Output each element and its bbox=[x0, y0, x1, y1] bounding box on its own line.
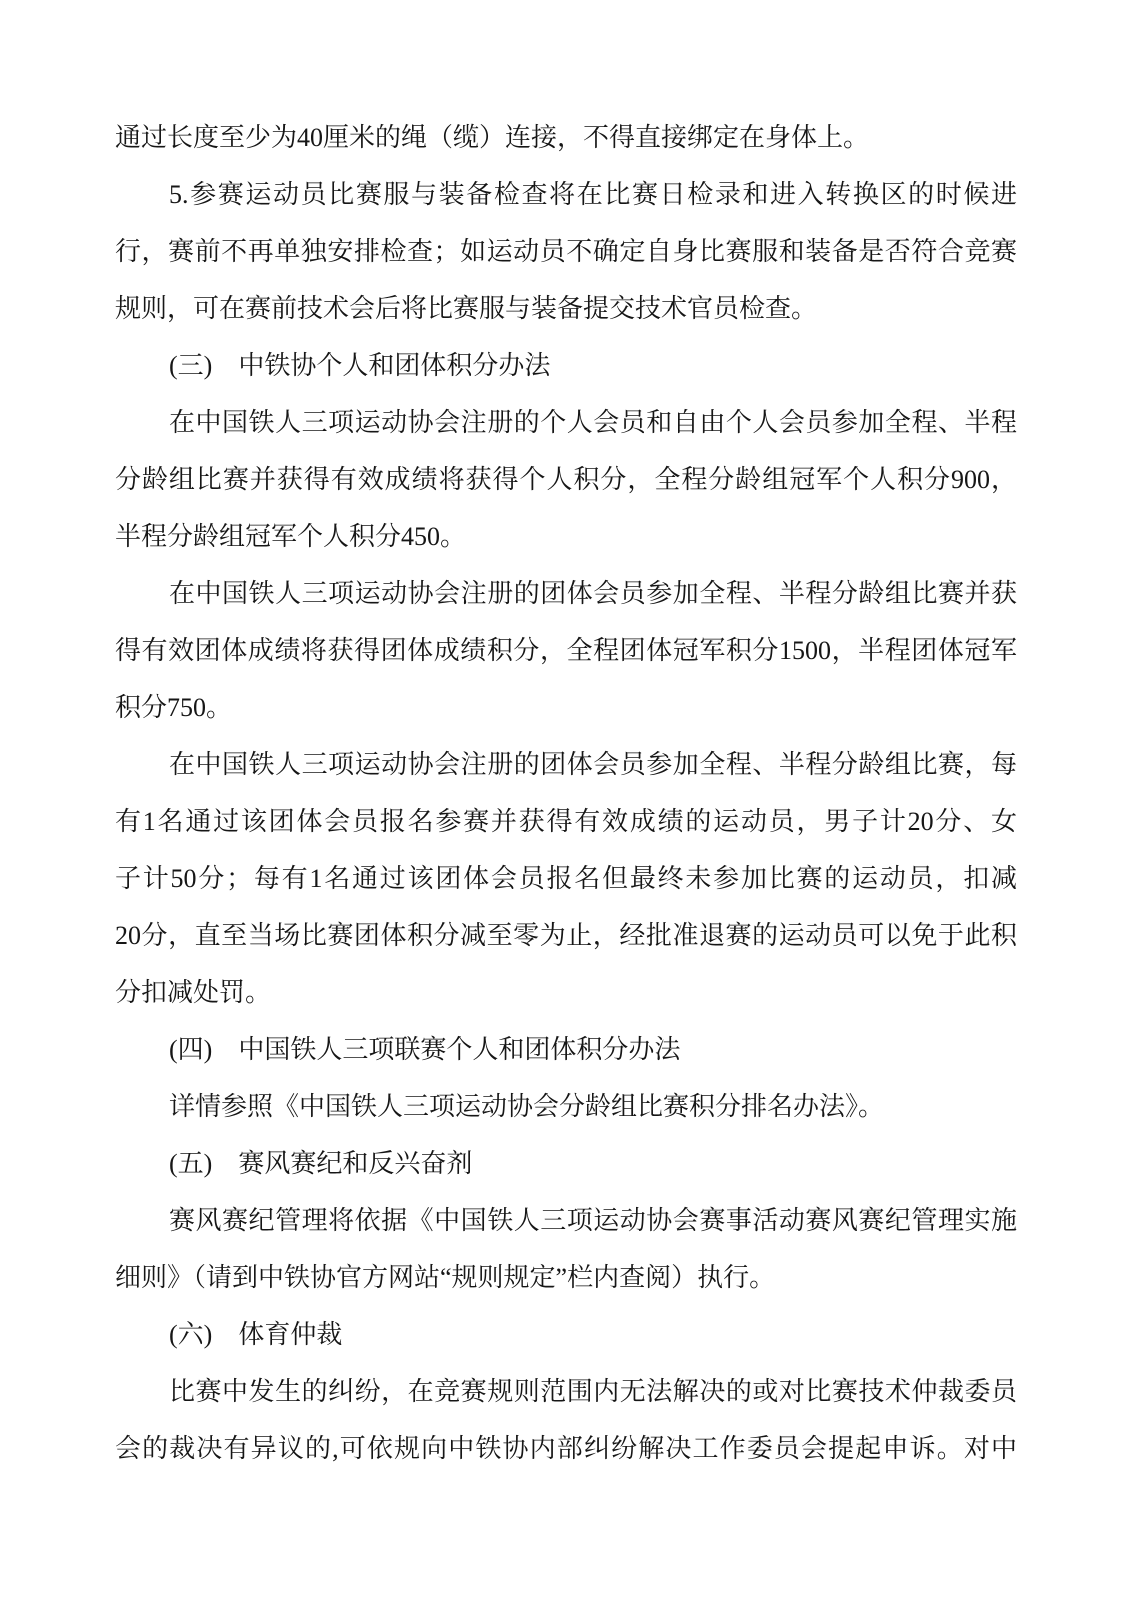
section-heading: (四) 中国铁人三项联赛个人和团体积分办法 bbox=[115, 1021, 1017, 1078]
text-line: 20分，直至当场比赛团体积分减至零为止，经批准退赛的运动员可以免于此积 bbox=[115, 907, 1017, 964]
text-line: 分龄组比赛并获得有效成绩将获得个人积分，全程分龄组冠军个人积分900， bbox=[115, 451, 1017, 508]
text-line: 在中国铁人三项运动协会注册的团体会员参加全程、半程分龄组比赛，每 bbox=[115, 736, 1017, 793]
text-line: 半程分龄组冠军个人积分450。 bbox=[115, 508, 1017, 565]
text-line: 规则，可在赛前技术会后将比赛服与装备提交技术官员检查。 bbox=[115, 280, 1017, 337]
text-line: 5.参赛运动员比赛服与装备检查将在比赛日检录和进入转换区的时候进 bbox=[115, 166, 1017, 223]
text-line: 积分750。 bbox=[115, 679, 1017, 736]
text-line: 比赛中发生的纠纷，在竞赛规则范围内无法解决的或对比赛技术仲裁委员 bbox=[115, 1363, 1017, 1420]
text-line: 有1名通过该团体会员报名参赛并获得有效成绩的运动员，男子计20分、女 bbox=[115, 793, 1017, 850]
text-line: 会的裁决有异议的,可依规向中铁协内部纠纷解决工作委员会提起申诉。对中 bbox=[115, 1420, 1017, 1477]
text-line: 得有效团体成绩将获得团体成绩积分，全程团体冠军积分1500，半程团体冠军 bbox=[115, 622, 1017, 679]
text-line: 行，赛前不再单独安排检查；如运动员不确定自身比赛服和装备是否符合竞赛 bbox=[115, 223, 1017, 280]
text-line: 细则》（请到中铁协官方网站“规则规定”栏内查阅）执行。 bbox=[115, 1249, 1017, 1306]
text-line: 分扣减处罚。 bbox=[115, 964, 1017, 1021]
text-line: 赛风赛纪管理将依据《中国铁人三项运动协会赛事活动赛风赛纪管理实施 bbox=[115, 1192, 1017, 1249]
section-heading: (三) 中铁协个人和团体积分办法 bbox=[115, 337, 1017, 394]
document-page: 通过长度至少为40厘米的绳（缆）连接，不得直接绑定在身体上。5.参赛运动员比赛服… bbox=[0, 0, 1131, 1600]
text-line: 通过长度至少为40厘米的绳（缆）连接，不得直接绑定在身体上。 bbox=[115, 109, 1017, 166]
text-line: 子计50分；每有1名通过该团体会员报名但最终未参加比赛的运动员，扣减 bbox=[115, 850, 1017, 907]
section-heading: (六) 体育仲裁 bbox=[115, 1306, 1017, 1363]
document-body: 通过长度至少为40厘米的绳（缆）连接，不得直接绑定在身体上。5.参赛运动员比赛服… bbox=[115, 109, 1017, 1477]
text-line: 在中国铁人三项运动协会注册的个人会员和自由个人会员参加全程、半程 bbox=[115, 394, 1017, 451]
section-heading: (五) 赛风赛纪和反兴奋剂 bbox=[115, 1135, 1017, 1192]
text-line: 在中国铁人三项运动协会注册的团体会员参加全程、半程分龄组比赛并获 bbox=[115, 565, 1017, 622]
text-line: 详情参照《中国铁人三项运动协会分龄组比赛积分排名办法》。 bbox=[115, 1078, 1017, 1135]
